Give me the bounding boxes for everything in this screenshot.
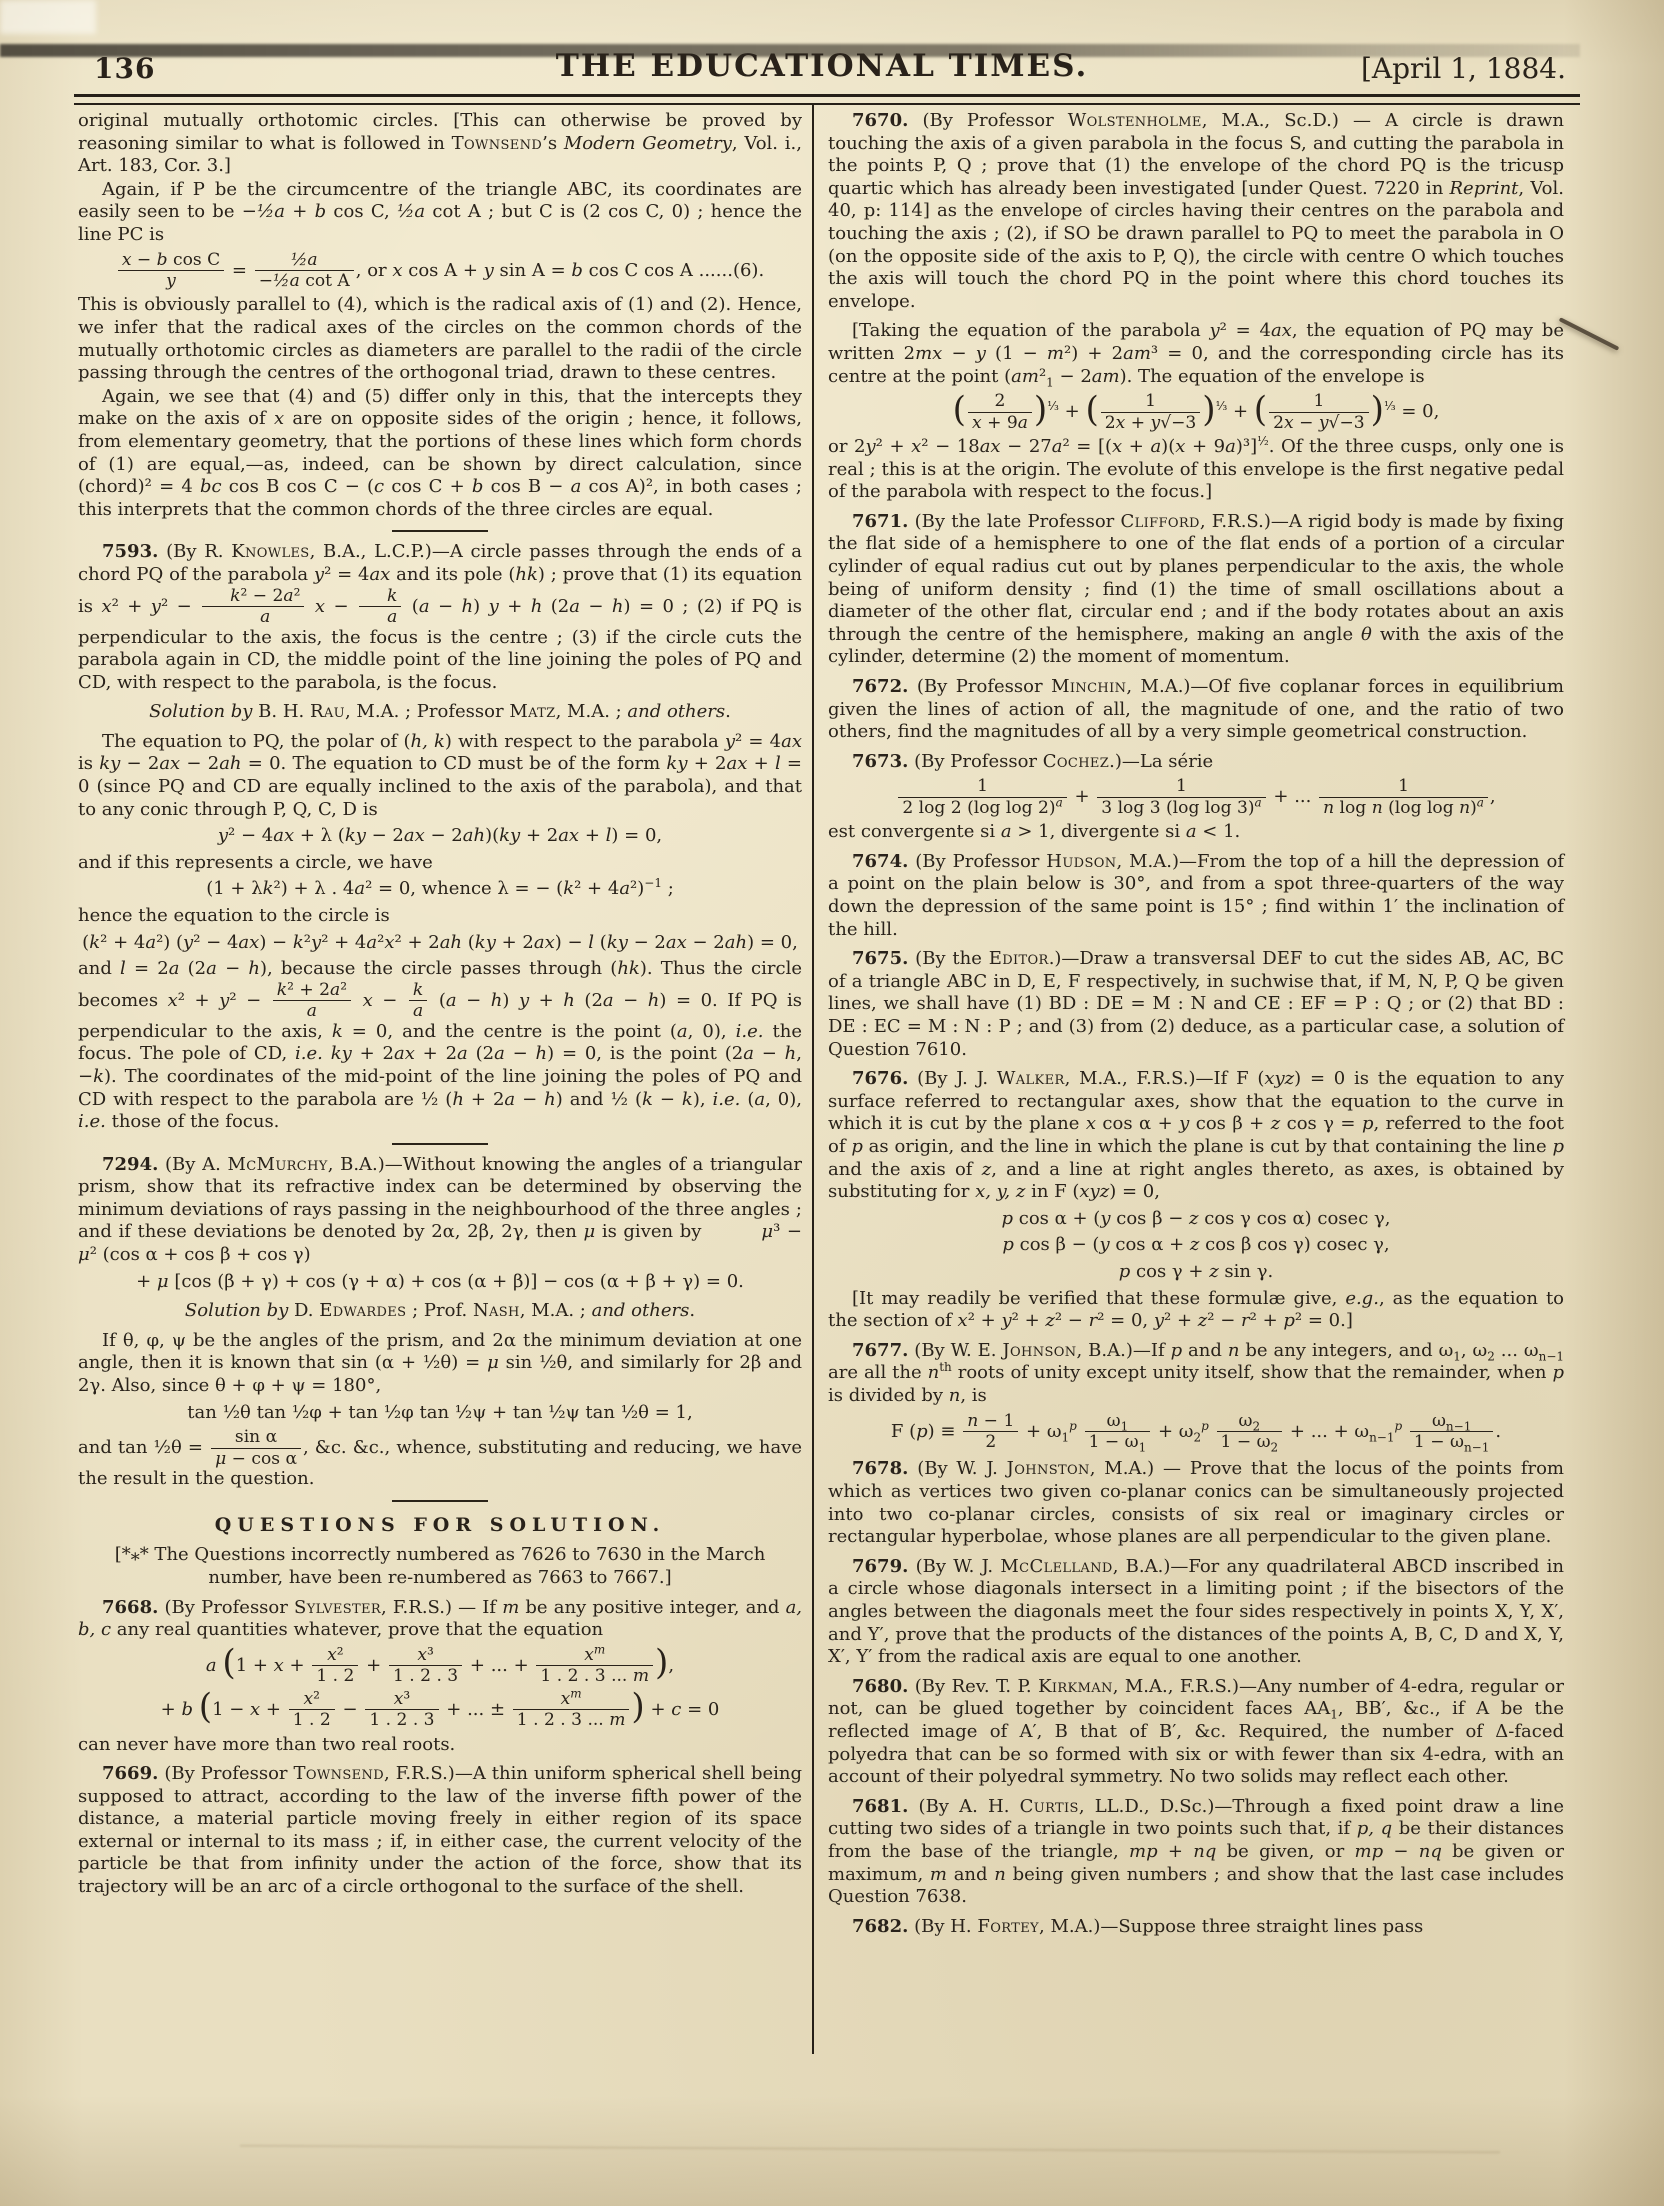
equation: p cos α + (y cos β − z cos γ cos α) cose…: [828, 1208, 1564, 1231]
header-rule: [74, 94, 1580, 105]
equation: x − b cos Cy = ½a−½a cot A, or x cos A +…: [78, 251, 802, 291]
issue-date: [April 1, 1884.: [1361, 52, 1566, 85]
equation: 12 log 2 (log log 2)a + 13 log 3 (log lo…: [828, 777, 1564, 817]
paragraph: If θ, φ, ψ be the angles of the prism, a…: [78, 1330, 802, 1398]
equation: F (p) ≡ n − 12 + ω1p ω11 − ω1 + ω2p ω21 …: [828, 1412, 1564, 1452]
paragraph: 7678. (By W. J. Johnston, M.A.) — Prove …: [828, 1458, 1564, 1548]
scanned-page: 136 THE EDUCATIONAL TIMES. [April 1, 188…: [0, 0, 1664, 2206]
paragraph: 7670. (By Professor Wolstenholme, M.A., …: [828, 110, 1564, 313]
section-divider: [78, 1143, 802, 1145]
column-divider: [812, 104, 814, 2054]
paragraph: 7681. (By A. H. Curtis, LL.D., D.Sc.)—Th…: [828, 1796, 1564, 1909]
equation: a (1 + x + x²1 . 2 + x³1 . 2 . 3 + ... +…: [78, 1646, 802, 1686]
paragraph: The equation to PQ, the polar of (h, k) …: [78, 731, 802, 821]
paragraph: Solution by D. Edwardes ; Prof. Nash, M.…: [78, 1300, 802, 1323]
paragraph: and if this represents a circle, we have: [78, 852, 802, 875]
section-divider: [78, 1500, 802, 1502]
right-column: 7670. (By Professor Wolstenholme, M.A., …: [828, 110, 1564, 1939]
paragraph: can never have more than two real roots.: [78, 1734, 802, 1757]
paragraph: and tan ½θ = sin αμ − cos α, &c. &c., wh…: [78, 1428, 802, 1491]
paragraph: hence the equation to the circle is: [78, 905, 802, 928]
equation: (1 + λk²) + λ . 4a² = 0, whence λ = − (k…: [78, 878, 802, 901]
paragraph: 7673. (By Professor Cochez.)—La série: [828, 751, 1564, 774]
paragraph: 7680. (By Rev. T. P. Kirkman, M.A., F.R.…: [828, 1676, 1564, 1789]
section-heading: QUESTIONS FOR SOLUTION.: [78, 1514, 802, 1537]
paragraph: [*⁎* The Questions incorrectly numbered …: [78, 1544, 802, 1589]
paragraph: 7672. (By Professor Minchin, M.A.)—Of fi…: [828, 676, 1564, 744]
paragraph: Again, if P be the circumcentre of the t…: [78, 179, 802, 247]
paragraph: or 2y² + x² − 18ax − 27a² = [(x + a)(x +…: [828, 436, 1564, 504]
equation: p cos β − (y cos α + z cos β cos γ) cose…: [828, 1234, 1564, 1257]
paragraph: [It may readily be verified that these f…: [828, 1288, 1564, 1333]
paragraph: 7677. (By W. E. Johnson, B.A.)—If p and …: [828, 1340, 1564, 1408]
paragraph: This is obviously parallel to (4), which…: [78, 294, 802, 384]
equation: y² − 4ax + λ (ky − 2ax − 2ah)(ky + 2ax +…: [78, 825, 802, 848]
paragraph: 7668. (By Professor Sylvester, F.R.S.) —…: [78, 1597, 802, 1642]
equation: p cos γ + z sin γ.: [828, 1261, 1564, 1284]
paragraph: 7674. (By Professor Hudson, M.A.)—From t…: [828, 851, 1564, 941]
equation: tan ½θ tan ½φ + tan ½φ tan ½ψ + tan ½ψ t…: [78, 1402, 802, 1425]
paragraph: 7593. (By R. Knowles, B.A., L.C.P.)—A ci…: [78, 541, 802, 694]
paragraph: 7669. (By Professor Townsend, F.R.S.)—A …: [78, 1763, 802, 1899]
paragraph: 7679. (By W. J. McClelland, B.A.)—For an…: [828, 1556, 1564, 1669]
paragraph: est convergente si a > 1, divergente si …: [828, 821, 1564, 844]
paragraph: Solution by B. H. Rau, M.A. ; Professor …: [78, 701, 802, 724]
publication-title: THE EDUCATIONAL TIMES.: [76, 48, 1568, 84]
equation: + μ [cos (β + γ) + cos (γ + α) + cos (α …: [78, 1271, 802, 1294]
paragraph: original mutually orthotomic circles. [T…: [78, 110, 802, 178]
equation: + b (1 − x + x²1 . 2 − x³1 . 2 . 3 + ...…: [78, 1690, 802, 1730]
equation: (2x + 9a)⅓ + (12x + y√−3)⅓ + (12x − y√−3…: [828, 392, 1564, 432]
paragraph: 7675. (By the Editor.)—Draw a transversa…: [828, 948, 1564, 1061]
paragraph: 7682. (By H. Fortey, M.A.)—Suppose three…: [828, 1916, 1564, 1939]
paragraph: 7294. (By A. McMurchy, B.A.)—Without kno…: [78, 1154, 802, 1267]
paragraph: and l = 2a (2a − h), because the circle …: [78, 958, 802, 1133]
paragraph: Again, we see that (4) and (5) differ on…: [78, 386, 802, 522]
scan-corner-artifact: [0, 0, 96, 34]
fold-mark: [240, 2145, 1500, 2154]
equation: (k² + 4a²) (y² − 4ax) − k²y² + 4a²x² + 2…: [78, 932, 802, 955]
paragraph: 7676. (By J. J. Walker, M.A., F.R.S.)—If…: [828, 1068, 1564, 1204]
section-divider: [78, 530, 802, 532]
page-tear-mark: [1559, 317, 1620, 351]
paragraph: 7671. (By the late Professor Clifford, F…: [828, 511, 1564, 669]
paragraph: [Taking the equation of the parabola y² …: [828, 320, 1564, 388]
left-column: original mutually orthotomic circles. [T…: [78, 110, 802, 1900]
